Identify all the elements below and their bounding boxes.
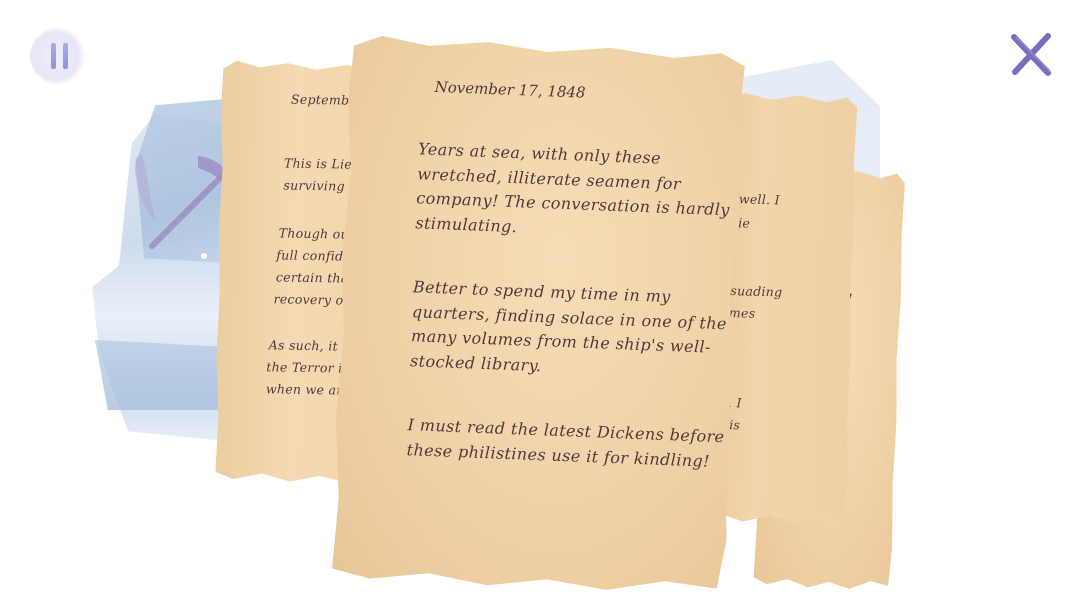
pause-icon — [63, 43, 68, 69]
journal-viewer: -ling! the lantern. ncing here did 'oric… — [0, 0, 1090, 613]
note-line: when we are — [266, 381, 351, 397]
note-paragraph: Years at sea, with only these wretched, … — [415, 137, 709, 246]
snow-dot — [201, 253, 207, 259]
pause-button[interactable] — [30, 28, 86, 84]
close-x-icon — [1008, 32, 1054, 78]
note-line: ie — [738, 215, 750, 230]
note-paragraph: I must read the latest Dickens before th… — [406, 413, 698, 473]
note-line: well. I — [739, 191, 780, 207]
note-paragraph: Better to spend my time in my quarters, … — [410, 275, 704, 384]
close-button[interactable] — [1008, 32, 1054, 78]
note-date: November 17, 1848 — [434, 78, 586, 102]
pause-icon — [51, 43, 56, 69]
journal-page-front[interactable]: November 17, 1848 Years at sea, with onl… — [330, 35, 746, 595]
note-line: the Terror is — [266, 359, 349, 375]
note-line: As such, it is — [269, 337, 354, 353]
